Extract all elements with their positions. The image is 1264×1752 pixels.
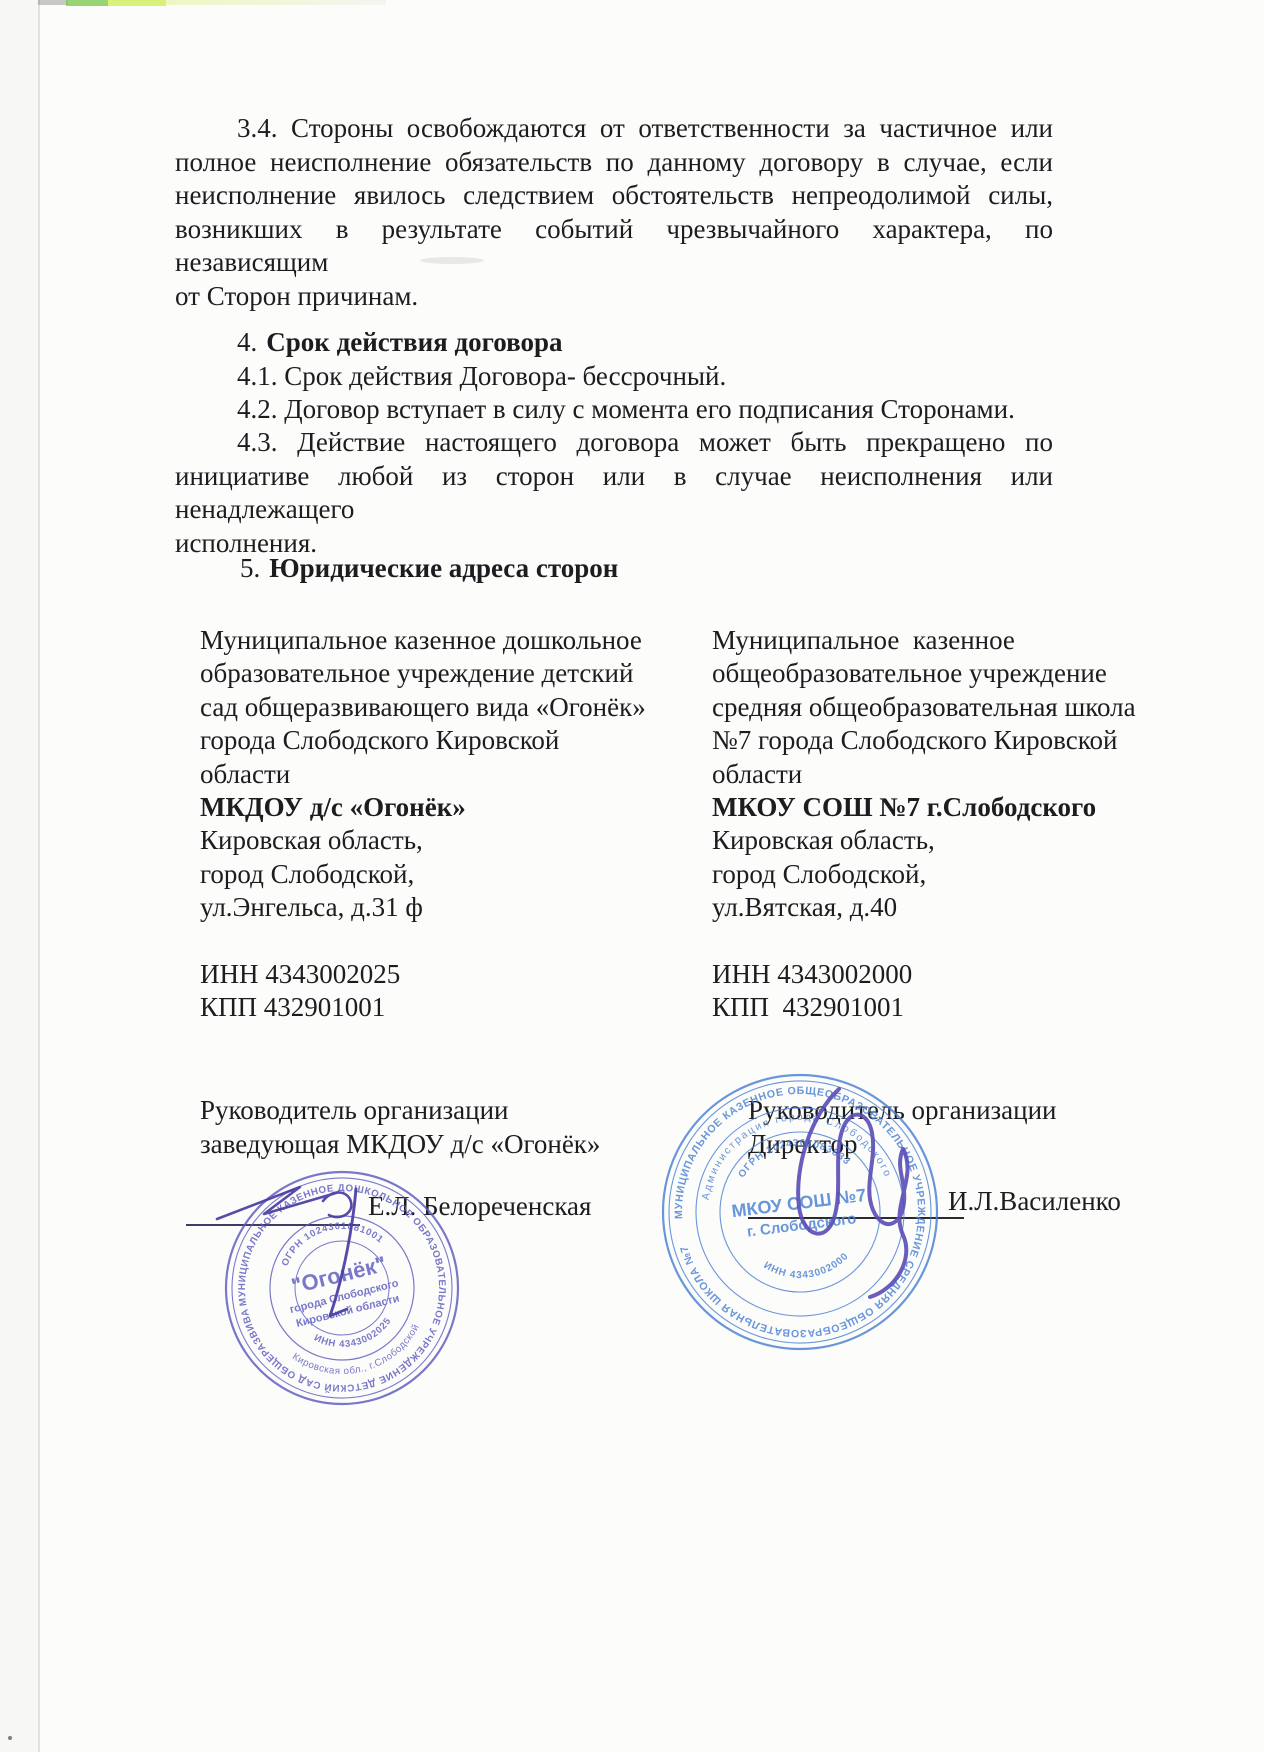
signatory-name: И.Л.Василенко — [948, 1186, 1121, 1217]
clause-4-3-line: инициативе любой из сторон или в случае … — [175, 460, 1053, 527]
stamp-left: МУНИЦИПАЛЬНОЕ КАЗЕННОЕ ДОШКОЛЬНОЕ ОБРАЗО… — [184, 1130, 499, 1445]
stamp-inn: ИНН 4343002025 — [310, 1314, 398, 1359]
scan-edge-artifact-top-yellow — [108, 0, 166, 6]
section-5-number: 5. — [240, 553, 260, 583]
signature-left-ink — [217, 1187, 356, 1316]
party-kpp: КПП 432901001 — [200, 991, 646, 1024]
party-name-line: сад общеразвивающего вида «Огонёк» — [200, 691, 646, 724]
clause-4-3-line: 4.3. Действие настоящего договора может … — [175, 426, 1053, 460]
scan-edge-artifact-top-green — [66, 0, 108, 6]
party-name-line: области — [200, 758, 646, 791]
svg-text:Кировская обл., г.Слободской: Кировская обл., г.Слободской — [288, 1320, 429, 1390]
clause-4-1: 4.1. Срок действия Договора- бессрочный. — [237, 360, 726, 394]
blank-line — [200, 925, 646, 958]
stamp-circle — [285, 1231, 399, 1345]
stamp-center-line: г. Слободского — [746, 1210, 857, 1240]
head-position: Директор — [748, 1128, 1057, 1162]
party-inn: ИНН 4343002000 — [712, 958, 1136, 991]
scan-edge-artifact-left-band — [0, 0, 40, 1752]
stamp-center-line: Кировской области — [295, 1293, 401, 1330]
blank-line — [712, 925, 1136, 958]
paragraph-3-4: 3.4. Стороны освобождаются от ответствен… — [175, 112, 1053, 313]
section-5-title: Юридические адреса сторон — [269, 553, 618, 583]
scanned-contract-page: 3.4. Стороны освобождаются от ответствен… — [0, 0, 1264, 1752]
party-name-line: образовательное учреждение детский — [200, 657, 646, 690]
party-name-line: средняя общеобразовательная школа — [712, 691, 1136, 724]
head-position: заведующая МКДОУ д/с «Огонёк» — [200, 1128, 600, 1162]
stamp-inn: ИНН 4343002000 — [761, 1250, 854, 1286]
right-signature-labels: Руководитель организации Директор — [748, 1094, 1057, 1161]
party-name-line: города Слободского Кировской — [200, 724, 646, 757]
left-signature-labels: Руководитель организации заведующая МКДО… — [200, 1094, 600, 1161]
left-party-address-block: Муниципальное казенное дошкольное образо… — [200, 624, 646, 1025]
stamp-center-title: "Огонёк" — [289, 1251, 389, 1299]
party-address-line: Кировская область, — [200, 824, 646, 857]
party-short-name: МКОУ СОШ №7 г.Слободского — [712, 791, 1136, 824]
party-name-line: Муниципальное казенное — [712, 624, 1136, 657]
svg-text:ИНН 4343002025: ИНН 4343002025 — [310, 1314, 398, 1359]
stamp-outer-circle — [201, 1147, 482, 1428]
signature-line — [748, 1217, 964, 1219]
stamp-ring-bottom-text: Кировская обл., г.Слободской — [288, 1320, 429, 1390]
party-address-line: город Слободской, — [200, 858, 646, 891]
clause-4-3: 4.3. Действие настоящего договора может … — [175, 426, 1053, 560]
party-name-line: №7 города Слободского Кировской — [712, 724, 1136, 757]
party-address-line: город Слободской, — [712, 858, 1136, 891]
stamp-center-line: города Слободского — [289, 1277, 401, 1316]
paragraph-3-4-line: полное неисполнение обязательств по данн… — [175, 146, 1053, 180]
paragraph-3-4-line: 3.4. Стороны освобождаются от ответствен… — [175, 112, 1053, 146]
party-name-line: общеобразовательное учреждение — [712, 657, 1136, 690]
paragraph-3-4-line: неисполнение явилось следствием обстояте… — [175, 179, 1053, 213]
paragraph-3-4-line: от Сторон причинам. — [175, 280, 1053, 314]
party-address-line: ул.Вятская, д.40 — [712, 891, 1136, 924]
signature-line — [186, 1224, 360, 1226]
party-address-line: Кировская область, — [712, 824, 1136, 857]
section-5-heading: 5.Юридические адреса сторон — [240, 553, 618, 584]
party-address-line: ул.Энгельса, д.31 ф — [200, 891, 646, 924]
scan-speck — [8, 1736, 12, 1740]
section-4-heading: 4.Срок действия договора — [237, 327, 563, 358]
stamp-ring-text: МУНИЦИПАЛЬНОЕ КАЗЕННОЕ ДОШКОЛЬНОЕ ОБРАЗО… — [184, 1130, 469, 1422]
party-name-line: Муниципальное казенное дошкольное — [200, 624, 646, 657]
party-kpp: КПП 432901001 — [712, 991, 1136, 1024]
party-inn: ИНН 4343002025 — [200, 958, 646, 991]
stamp-center-line: МКОУ СОШ №7 — [730, 1185, 867, 1221]
scan-edge-artifact-left-line — [38, 0, 40, 1752]
clause-4-2: 4.2. Договор вступает в силу с момента е… — [237, 393, 1015, 427]
right-party-address-block: Муниципальное казенное общеобразовательн… — [712, 624, 1136, 1025]
svg-text:ИНН 4343002000: ИНН 4343002000 — [761, 1250, 854, 1286]
scan-edge-artifact-top — [38, 0, 68, 5]
party-name-line: области — [712, 758, 1136, 791]
head-label: Руководитель организации — [748, 1094, 1057, 1128]
signatory-name: Е.Л. Белореченская — [368, 1191, 591, 1222]
head-label: Руководитель организации — [200, 1094, 600, 1128]
scan-edge-artifact-top-fade — [166, 0, 386, 5]
party-short-name: МКДОУ д/с «Огонёк» — [200, 791, 646, 824]
section-4-number: 4. — [237, 327, 257, 357]
stamp-circle — [255, 1201, 430, 1376]
section-4-title: Срок действия договора — [266, 327, 562, 357]
paragraph-3-4-line: возникших в результате событий чрезвычай… — [175, 213, 1053, 280]
svg-text:МУНИЦИПАЛЬНОЕ КАЗЕННОЕ ДОШКОЛЬ: МУНИЦИПАЛЬНОЕ КАЗЕННОЕ ДОШКОЛЬНОЕ ОБРАЗО… — [184, 1130, 469, 1422]
